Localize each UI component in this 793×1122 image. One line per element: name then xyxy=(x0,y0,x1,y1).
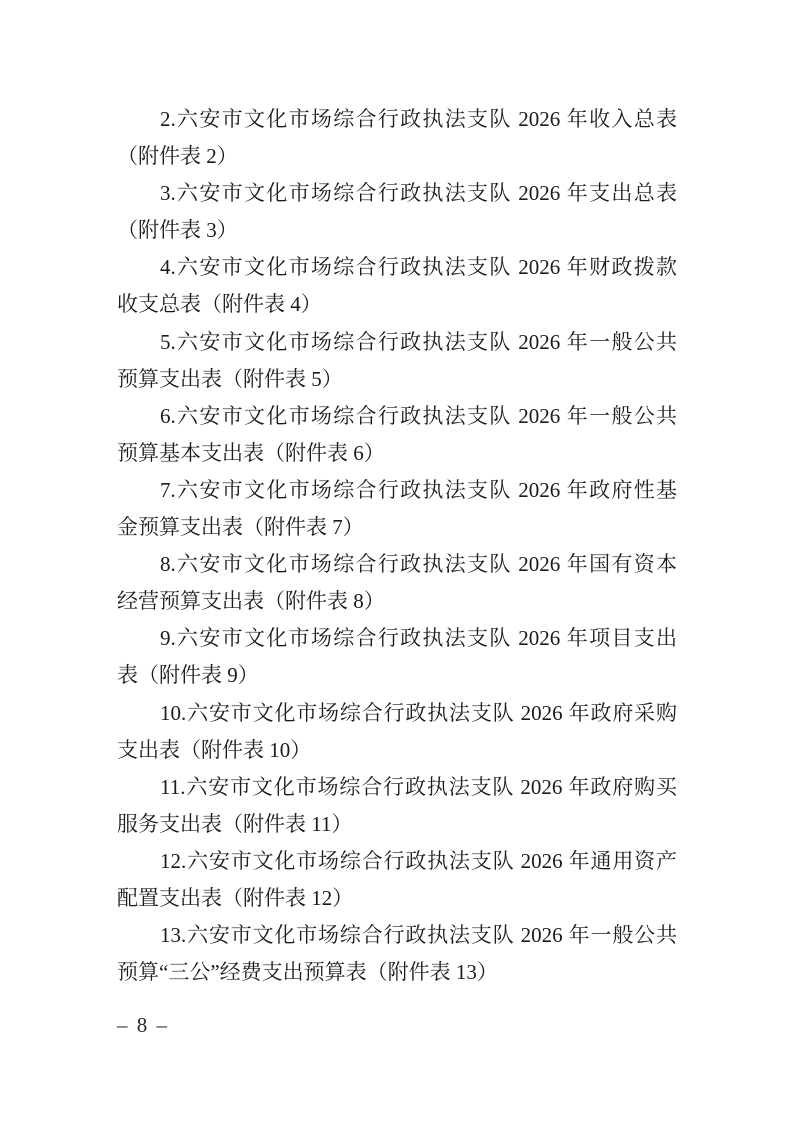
attachment-item-7: 7.六安市文化市场综合行政执法支队 2026 年政府性基 金预算支出表（附件表 … xyxy=(117,472,677,546)
item-9-line-1: 9.六安市文化市场综合行政执法支队 2026 年项目支出 xyxy=(117,620,677,657)
attachment-item-5: 5.六安市文化市场综合行政执法支队 2026 年一般公共 预算支出表（附件表 5… xyxy=(117,324,677,398)
attachment-table-list: 2.六安市文化市场综合行政执法支队 2026 年收入总表 （附件表 2） 3.六… xyxy=(117,101,677,991)
attachment-item-9: 9.六安市文化市场综合行政执法支队 2026 年项目支出 表（附件表 9） xyxy=(117,620,677,694)
attachment-item-4: 4.六安市文化市场综合行政执法支队 2026 年财政拨款 收支总表（附件表 4） xyxy=(117,249,677,323)
item-5-line-1: 5.六安市文化市场综合行政执法支队 2026 年一般公共 xyxy=(117,324,677,361)
item-6-line-1: 6.六安市文化市场综合行政执法支队 2026 年一般公共 xyxy=(117,398,677,435)
item-12-line-2: 配置支出表（附件表 12） xyxy=(117,880,677,917)
item-7-line-1: 7.六安市文化市场综合行政执法支队 2026 年政府性基 xyxy=(117,472,677,509)
page-footer: – 8 – xyxy=(117,1012,169,1038)
item-7-line-2: 金预算支出表（附件表 7） xyxy=(117,509,677,546)
item-8-line-1: 8.六安市文化市场综合行政执法支队 2026 年国有资本 xyxy=(117,546,677,583)
attachment-item-6: 6.六安市文化市场综合行政执法支队 2026 年一般公共 预算基本支出表（附件表… xyxy=(117,398,677,472)
attachment-item-10: 10.六安市文化市场综合行政执法支队 2026 年政府采购 支出表（附件表 10… xyxy=(117,695,677,769)
item-3-line-1: 3.六安市文化市场综合行政执法支队 2026 年支出总表 xyxy=(117,175,677,212)
attachment-item-2: 2.六安市文化市场综合行政执法支队 2026 年收入总表 （附件表 2） xyxy=(117,101,677,175)
item-2-line-2: （附件表 2） xyxy=(117,138,677,175)
item-6-line-2: 预算基本支出表（附件表 6） xyxy=(117,435,677,472)
item-11-line-2: 服务支出表（附件表 11） xyxy=(117,806,677,843)
attachment-item-11: 11.六安市文化市场综合行政执法支队 2026 年政府购买 服务支出表（附件表 … xyxy=(117,769,677,843)
item-4-line-2: 收支总表（附件表 4） xyxy=(117,286,677,323)
page-number: – 8 – xyxy=(117,1013,169,1037)
attachment-item-8: 8.六安市文化市场综合行政执法支队 2026 年国有资本 经营预算支出表（附件表… xyxy=(117,546,677,620)
item-12-line-1: 12.六安市文化市场综合行政执法支队 2026 年通用资产 xyxy=(117,843,677,880)
attachment-item-13: 13.六安市文化市场综合行政执法支队 2026 年一般公共 预算“三公”经费支出… xyxy=(117,917,677,991)
item-11-line-1: 11.六安市文化市场综合行政执法支队 2026 年政府购买 xyxy=(117,769,677,806)
item-4-line-1: 4.六安市文化市场综合行政执法支队 2026 年财政拨款 xyxy=(117,249,677,286)
item-10-line-1: 10.六安市文化市场综合行政执法支队 2026 年政府采购 xyxy=(117,695,677,732)
item-13-line-1: 13.六安市文化市场综合行政执法支队 2026 年一般公共 xyxy=(117,917,677,954)
item-5-line-2: 预算支出表（附件表 5） xyxy=(117,361,677,398)
item-3-line-2: （附件表 3） xyxy=(117,212,677,249)
attachment-item-3: 3.六安市文化市场综合行政执法支队 2026 年支出总表 （附件表 3） xyxy=(117,175,677,249)
item-13-line-2: 预算“三公”经费支出预算表（附件表 13） xyxy=(117,954,677,991)
item-2-line-1: 2.六安市文化市场综合行政执法支队 2026 年收入总表 xyxy=(117,101,677,138)
item-9-line-2: 表（附件表 9） xyxy=(117,657,677,694)
attachment-item-12: 12.六安市文化市场综合行政执法支队 2026 年通用资产 配置支出表（附件表 … xyxy=(117,843,677,917)
item-10-line-2: 支出表（附件表 10） xyxy=(117,732,677,769)
document-page: 2.六安市文化市场综合行政执法支队 2026 年收入总表 （附件表 2） 3.六… xyxy=(0,0,793,1122)
item-8-line-2: 经营预算支出表（附件表 8） xyxy=(117,583,677,620)
